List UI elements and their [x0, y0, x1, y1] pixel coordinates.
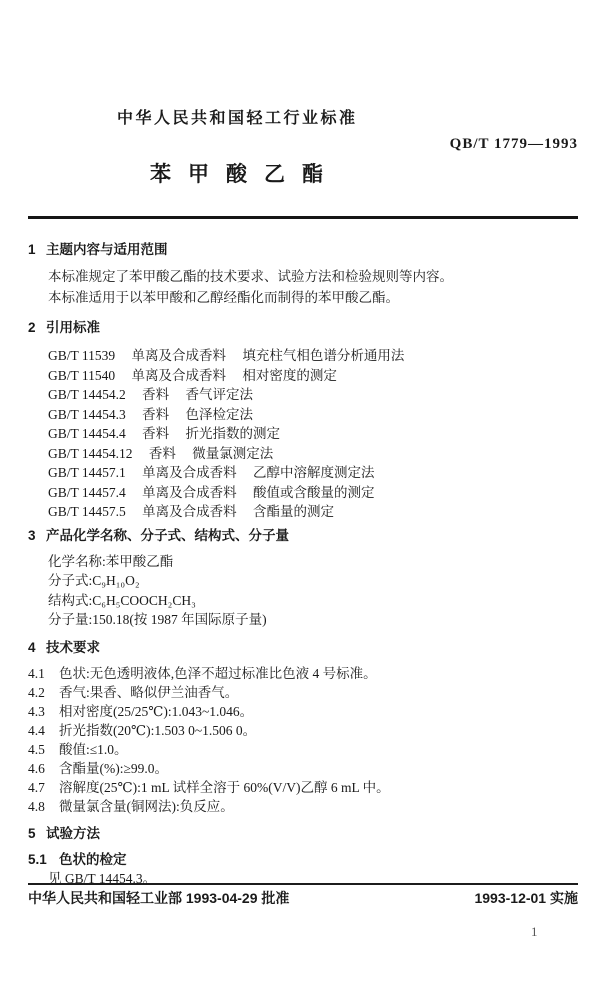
reference-title: 酸值或含酸量的测定	[253, 485, 375, 500]
reference-code: GB/T 14454.3	[48, 407, 126, 422]
clause-text: 相对密度(25/25℃):1.043~1.046。	[59, 702, 253, 721]
document-title: 苯甲酸乙酯	[150, 162, 578, 188]
paragraph: 本标准适用于以苯甲酸和乙醇经酯化而制得的苯甲酸乙酯。	[48, 287, 578, 308]
reference-item: GB/T 14454.12 香料 微量氯测定法	[48, 444, 578, 464]
molecular-weight-line: 分子量:150.18(按 1987 年国际原子量)	[48, 610, 578, 630]
section-title: 技术要求	[46, 638, 100, 658]
clause-number: 4.2	[28, 683, 59, 702]
document-page: 中华人民共和国轻工行业标准 QB/T 1779—1993 苯甲酸乙酯 1 主题内…	[0, 0, 600, 996]
section-title: 试验方法	[46, 824, 100, 844]
reference-title: 相对密度的测定	[242, 368, 337, 383]
clause-text: 香气:果香、略似伊兰油香气。	[59, 683, 238, 702]
reference-category: 单离及合成香料	[142, 465, 237, 480]
section-title: 引用标准	[46, 318, 100, 338]
clause-number: 4.3	[28, 702, 59, 721]
chemical-name-line: 化学名称:苯甲酸乙酯	[48, 552, 578, 572]
reference-code: GB/T 14457.4	[48, 485, 126, 500]
clause-text: 色状:无色透明液体,色泽不超过标准比色液 4 号标准。	[59, 664, 377, 683]
chemical-identity-list: 化学名称:苯甲酸乙酯 分子式:C₉H₁₀O₂ 结构式:C₆H₅COOCH₂CH₃…	[48, 552, 578, 630]
section-title: 主题内容与适用范围	[46, 240, 168, 260]
reference-code: GB/T 11539	[48, 348, 115, 363]
structural-formula-line: 结构式:C₆H₅COOCH₂CH₃	[48, 591, 578, 611]
reference-code: GB/T 14457.1	[48, 465, 126, 480]
section-number: 2	[28, 318, 46, 338]
reference-item: GB/T 11540 单离及合成香料 相对密度的测定	[48, 366, 578, 386]
footer-divider	[28, 883, 578, 885]
paragraph: 本标准规定了苯甲酸乙酯的技术要求、试验方法和检验规则等内容。	[48, 266, 578, 287]
reference-title: 香气评定法	[186, 387, 254, 402]
reference-item: GB/T 14454.3 香料 色泽检定法	[48, 405, 578, 425]
standard-category-line: 中华人民共和国轻工行业标准	[117, 110, 578, 128]
scope-paragraphs: 本标准规定了苯甲酸乙酯的技术要求、试验方法和检验规则等内容。 本标准适用于以苯甲…	[48, 266, 578, 308]
reference-title: 填充柱气相色谱分析通用法	[242, 348, 404, 363]
section-number: 4	[28, 638, 46, 658]
reference-item: GB/T 14457.4 单离及合成香料 酸值或含酸量的测定	[48, 483, 578, 503]
clause-text: 溶解度(25℃):1 mL 试样全溶于 60%(V/V)乙醇 6 mL 中。	[59, 778, 390, 797]
clause-title: 色状的检定	[59, 850, 127, 869]
page-number: 1	[531, 924, 538, 940]
clause-text: 微量氯含量(铜网法):负反应。	[59, 797, 234, 816]
implementation-note: 1993-12-01 实施	[474, 889, 578, 907]
reference-title: 折光指数的测定	[186, 426, 281, 441]
clause-item: 4.5 酸值:≤1.0。	[28, 740, 578, 759]
clause-item: 4.3 相对密度(25/25℃):1.043~1.046。	[28, 702, 578, 721]
clause-item: 4.8 微量氯含量(铜网法):负反应。	[28, 797, 578, 816]
reference-item: GB/T 14457.5 单离及合成香料 含酯量的测定	[48, 502, 578, 522]
reference-category: 单离及合成香料	[132, 348, 227, 363]
clause-item: 4.6 含酯量(%):≥99.0。	[28, 759, 578, 778]
reference-category: 单离及合成香料	[142, 504, 237, 519]
reference-category: 香料	[142, 407, 169, 422]
clause-number: 4.7	[28, 778, 59, 797]
standard-code: QB/T 1779—1993	[28, 135, 578, 153]
section-number: 5	[28, 824, 46, 844]
section-heading-references: 2 引用标准	[28, 318, 578, 338]
section-heading-test-methods: 5 试验方法	[28, 824, 578, 844]
molecular-formula-line: 分子式:C₉H₁₀O₂	[48, 571, 578, 591]
clause-text: 折光指数(20℃):1.503 0~1.506 0。	[59, 721, 256, 740]
reference-title: 含酯量的测定	[253, 504, 334, 519]
reference-item: GB/T 14457.1 单离及合成香料 乙醇中溶解度测定法	[48, 463, 578, 483]
test-methods-clause-list: 5.1 色状的检定 见 GB/T 14454.3。	[28, 850, 578, 888]
section-number: 3	[28, 526, 46, 546]
clause-item: 4.7 溶解度(25℃):1 mL 试样全溶于 60%(V/V)乙醇 6 mL …	[28, 778, 578, 797]
reference-category: 香料	[142, 387, 169, 402]
reference-code: GB/T 14457.5	[48, 504, 126, 519]
title-divider	[28, 216, 578, 219]
reference-title: 乙醇中溶解度测定法	[253, 465, 375, 480]
reference-code: GB/T 14454.2	[48, 387, 126, 402]
reference-category: 单离及合成香料	[142, 485, 237, 500]
clause-item: 4.2 香气:果香、略似伊兰油香气。	[28, 683, 578, 702]
footer: 中华人民共和国轻工业部 1993-04-29 批准 1993-12-01 实施	[28, 889, 578, 907]
section-heading-technical-requirements: 4 技术要求	[28, 638, 578, 658]
clause-number: 4.6	[28, 759, 59, 778]
reference-title: 微量氯测定法	[192, 446, 273, 461]
reference-item: GB/T 14454.2 香料 香气评定法	[48, 385, 578, 405]
section-heading-scope: 1 主题内容与适用范围	[28, 240, 578, 260]
clause-number: 5.1	[28, 850, 59, 869]
reference-code: GB/T 14454.12	[48, 446, 133, 461]
reference-code: GB/T 14454.4	[48, 426, 126, 441]
clause-number: 4.8	[28, 797, 59, 816]
clause-number: 4.1	[28, 664, 59, 683]
clause-text: 酸值:≤1.0。	[59, 740, 128, 759]
clause-number: 4.5	[28, 740, 59, 759]
clause-number: 4.4	[28, 721, 59, 740]
reference-category: 香料	[149, 446, 176, 461]
reference-item: GB/T 11539 单离及合成香料 填充柱气相色谱分析通用法	[48, 346, 578, 366]
clause-item: 4.1 色状:无色透明液体,色泽不超过标准比色液 4 号标准。	[28, 664, 578, 683]
approval-note: 中华人民共和国轻工业部 1993-04-29 批准	[28, 889, 289, 907]
clause-item: 4.4 折光指数(20℃):1.503 0~1.506 0。	[28, 721, 578, 740]
reference-title: 色泽检定法	[186, 407, 254, 422]
reference-category: 香料	[142, 426, 169, 441]
section-title: 产品化学名称、分子式、结构式、分子量	[46, 526, 289, 546]
requirements-clause-list: 4.1 色状:无色透明液体,色泽不超过标准比色液 4 号标准。 4.2 香气:果…	[28, 664, 578, 816]
document-body: 1 主题内容与适用范围 本标准规定了苯甲酸乙酯的技术要求、试验方法和检验规则等内…	[28, 240, 578, 888]
section-number: 1	[28, 240, 46, 260]
reference-list: GB/T 11539 单离及合成香料 填充柱气相色谱分析通用法 GB/T 115…	[48, 346, 578, 522]
clause-item: 5.1 色状的检定	[28, 850, 578, 869]
section-heading-chemical-identity: 3 产品化学名称、分子式、结构式、分子量	[28, 526, 578, 546]
page-content: 中华人民共和国轻工行业标准 QB/T 1779—1993 苯甲酸乙酯 1 主题内…	[0, 0, 600, 888]
reference-category: 单离及合成香料	[132, 368, 227, 383]
reference-code: GB/T 11540	[48, 368, 115, 383]
reference-item: GB/T 14454.4 香料 折光指数的测定	[48, 424, 578, 444]
clause-text: 含酯量(%):≥99.0。	[59, 759, 168, 778]
